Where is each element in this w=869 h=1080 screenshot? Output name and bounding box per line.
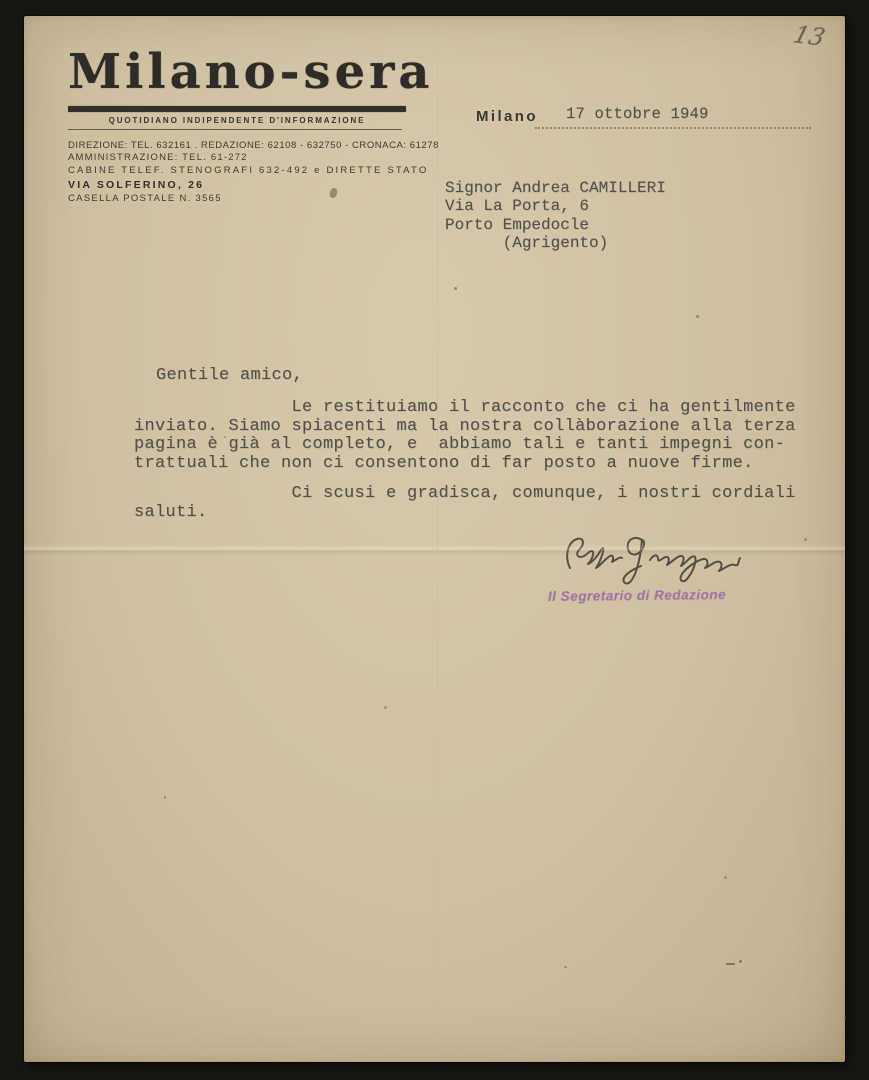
body-paragraph-2: Ci scusi e gradisca, comunque, i nostri …	[134, 485, 796, 522]
dateline-typed-date: 17 ottobre 1949	[566, 105, 709, 123]
letterhead-contact-line-1: DIREZIONE: TEL. 632161 . REDAZIONE: 6210…	[68, 140, 439, 151]
newspaper-logo: Milano-sera	[68, 46, 434, 98]
handwritten-signature	[558, 528, 754, 592]
salutation: Gentile amico,	[156, 366, 303, 385]
dateline-city: Milano	[476, 108, 538, 125]
vertical-fold-crease	[436, 16, 438, 1062]
letterhead-contact-line-3: CABINE TELEF. STENOGRAFI 632-492 e DIRET…	[68, 165, 428, 176]
letter-paper: Milano-sera QUOTIDIANO INDIPENDENTE D'IN…	[24, 16, 845, 1062]
letterhead-contact-line-2: AMMINISTRAZIONE: TEL. 61-272	[68, 152, 248, 163]
paper-speck	[454, 287, 457, 290]
paper-speck	[739, 960, 742, 963]
paper-speck	[724, 876, 727, 879]
paper-speck	[696, 315, 699, 318]
paper-speck	[804, 538, 807, 541]
paper-speck	[726, 963, 735, 965]
paper-speck	[844, 1016, 846, 1019]
body-paragraph-1: Le restituiamo il racconto che ci ha gen…	[134, 399, 796, 473]
letterhead-street-address: VIA SOLFERINO, 26	[68, 179, 204, 191]
paper-speck	[384, 706, 387, 709]
recipient-address-block: Signor Andrea CAMILLERI Via La Porta, 6 …	[445, 179, 666, 252]
pencil-page-number: 13	[790, 20, 828, 51]
redazione-stamp: Il Segretario di Redazione	[548, 587, 726, 604]
letterhead-postal-box: CASELLA POSTALE N. 3565	[68, 193, 222, 204]
logo-underline-bar	[68, 106, 406, 112]
paper-speck	[564, 966, 567, 968]
newspaper-tagline: QUOTIDIANO INDIPENDENTE D'INFORMAZIONE	[68, 116, 406, 125]
letterhead-divider	[68, 129, 402, 130]
paper-speck	[329, 187, 339, 199]
paper-speck	[164, 796, 166, 799]
